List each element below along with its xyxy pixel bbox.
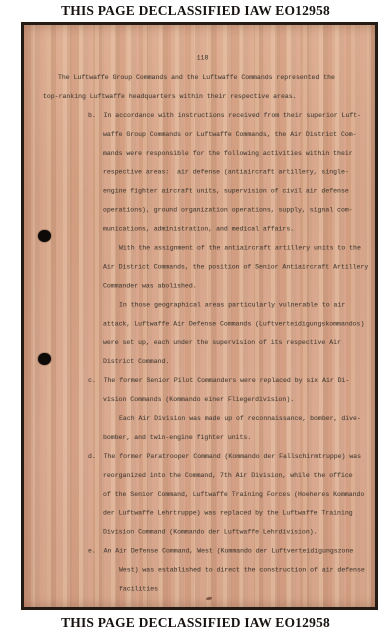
- text-line: mands were responsible for the following…: [24, 149, 381, 168]
- text-line: facilities: [24, 585, 381, 604]
- text-line: der Luftwaffe Lehrtruppe) was replaced b…: [24, 509, 381, 528]
- text-line: c. The former Senior Pilot Commanders we…: [24, 376, 381, 395]
- typewritten-text: The Luftwaffe Group Commands and the Luf…: [24, 73, 381, 603]
- text-line: of the Senior Command, Luftwaffe Trainin…: [24, 490, 381, 509]
- text-line: Each Air Division was made up of reconna…: [24, 414, 381, 433]
- text-line: With the assignment of the antiaircraft …: [24, 244, 381, 263]
- text-line: Commander was abolished.: [24, 281, 381, 300]
- page-number: 118: [24, 54, 381, 62]
- text-line: attack, Luftwaffe Air Defense Commands (…: [24, 319, 381, 338]
- text-line: e. An Air Defense Command, West (Kommand…: [24, 547, 381, 566]
- text-line: vision Commands (Kommando einer Fliegerd…: [24, 395, 381, 414]
- text-line: d. The former Paratrooper Command (Komma…: [24, 452, 381, 471]
- text-line: Air District Commands, the position of S…: [24, 262, 381, 281]
- text-line: respective areas: air defense (antiaircr…: [24, 168, 381, 187]
- hole-punch-bottom: [38, 353, 51, 365]
- text-line: b. In accordance with instructions recei…: [24, 111, 381, 130]
- text-line: In those geographical areas particularly…: [24, 300, 381, 319]
- text-line: Division Command (Kommando der Luftwaffe…: [24, 528, 381, 547]
- text-line: operations), ground organization operati…: [24, 206, 381, 225]
- text-line: reorganized into the Command, 7th Air Di…: [24, 471, 381, 490]
- hole-punch-top: [38, 230, 51, 242]
- text-line: engine fighter aircraft units, supervisi…: [24, 187, 381, 206]
- page-content: 118 The Luftwaffe Group Commands and the…: [24, 25, 381, 613]
- text-line: bomber, and twin-engine fighter units.: [24, 433, 381, 452]
- text-line: munications, administration, and medical…: [24, 225, 381, 244]
- text-line: District Command.: [24, 357, 381, 376]
- declassification-header: THIS PAGE DECLASSIFIED IAW EO12958: [0, 3, 391, 19]
- text-line: were set up, each under the supervision …: [24, 338, 381, 357]
- document-page: 118 The Luftwaffe Group Commands and the…: [21, 22, 378, 610]
- text-line: top-ranking Luftwaffe headquarters withi…: [24, 92, 381, 111]
- text-line: West) was established to direct the cons…: [24, 566, 381, 585]
- text-line: waffe Group Commands or Luftwaffe Comman…: [24, 130, 381, 149]
- declassification-footer: THIS PAGE DECLASSIFIED IAW EO12958: [0, 615, 391, 631]
- text-line: The Luftwaffe Group Commands and the Luf…: [24, 73, 381, 92]
